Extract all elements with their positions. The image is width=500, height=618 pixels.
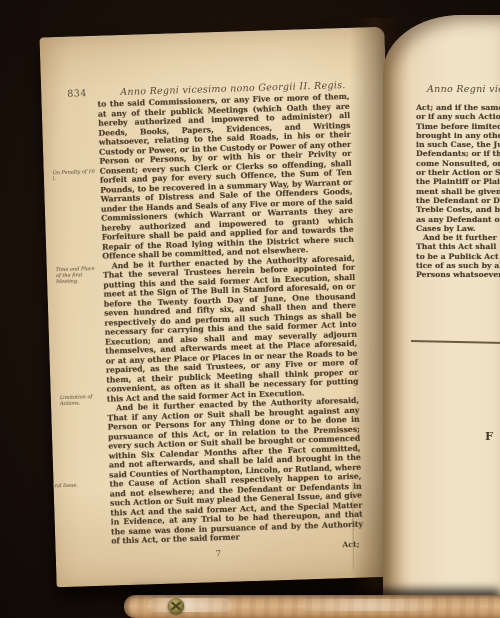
body-paragraph: to the said Commissioners, or any Five o… [97, 92, 354, 261]
right-page: Anno Regni vice Act; and if the same or … [383, 15, 500, 597]
screw-head [168, 598, 184, 614]
body-paragraph: And be it further enacted by the Authori… [107, 396, 363, 546]
right-page-text-line: or their Action or Su [416, 168, 500, 177]
right-page-text-line: the Defendant or D [416, 196, 500, 205]
right-page-text-line: Persons whatsoever, [416, 270, 500, 279]
margin-note-first-meeting: Time and Place of the first Meeting. [56, 267, 101, 286]
right-page-text-line: come Nonsuited, or s [416, 159, 500, 168]
right-page-text-line: or if any such Action [416, 112, 500, 121]
right-page-text-line: brought in any other [416, 131, 500, 140]
margin-note-general-issue: ral Issue. [54, 483, 94, 490]
right-page-text-line: to be a Publick Act [416, 252, 500, 261]
right-page-text-line: Cases by Law. [416, 224, 500, 233]
book-cradle-bar [124, 595, 500, 618]
right-page-text: Act; and if the same or if any such Acti… [416, 103, 500, 280]
right-page-text-line: Act; and if the same [416, 103, 500, 112]
wood-highlight [300, 599, 436, 611]
signature-mark: F [485, 429, 493, 443]
running-header-fragment: Anno Regni vice [427, 84, 500, 95]
section-rule [411, 340, 500, 343]
right-page-text-line: And be it further [416, 233, 500, 242]
right-page-text-line: in such Case, the Ju [416, 140, 500, 149]
right-page-text-line: as any Defendant or [416, 215, 500, 224]
signature-mark: 7 [216, 549, 221, 558]
right-page-text-line: tice of as such by al [416, 261, 500, 270]
right-page-text-line: Time before limited [416, 122, 500, 131]
margin-note-penalty: On Penalty of 10 l. [53, 170, 97, 183]
right-page-text-line: the Plaintiff or Plaint [416, 177, 500, 186]
body-text: to the said Commissioners, or any Five o… [97, 92, 363, 562]
margin-note-limitation: Limitation of Actions. [60, 395, 104, 408]
right-page-text-line: ment shall be given [416, 187, 500, 196]
right-page-text-line: Defendants; or if th [416, 149, 500, 158]
page-number: 834 [67, 88, 87, 100]
right-page-text-line: That this Act shall [416, 242, 500, 251]
left-page: 834 Anno Regni vicesimo nono Georgii II.… [39, 27, 401, 588]
open-book-photo: 834 Anno Regni vicesimo nono Georgii II.… [0, 0, 500, 618]
right-page-text-line: Treble Costs, and be [416, 205, 500, 214]
body-paragraph: And be it further enacted by the Authori… [103, 253, 359, 403]
wood-highlight [148, 598, 232, 612]
